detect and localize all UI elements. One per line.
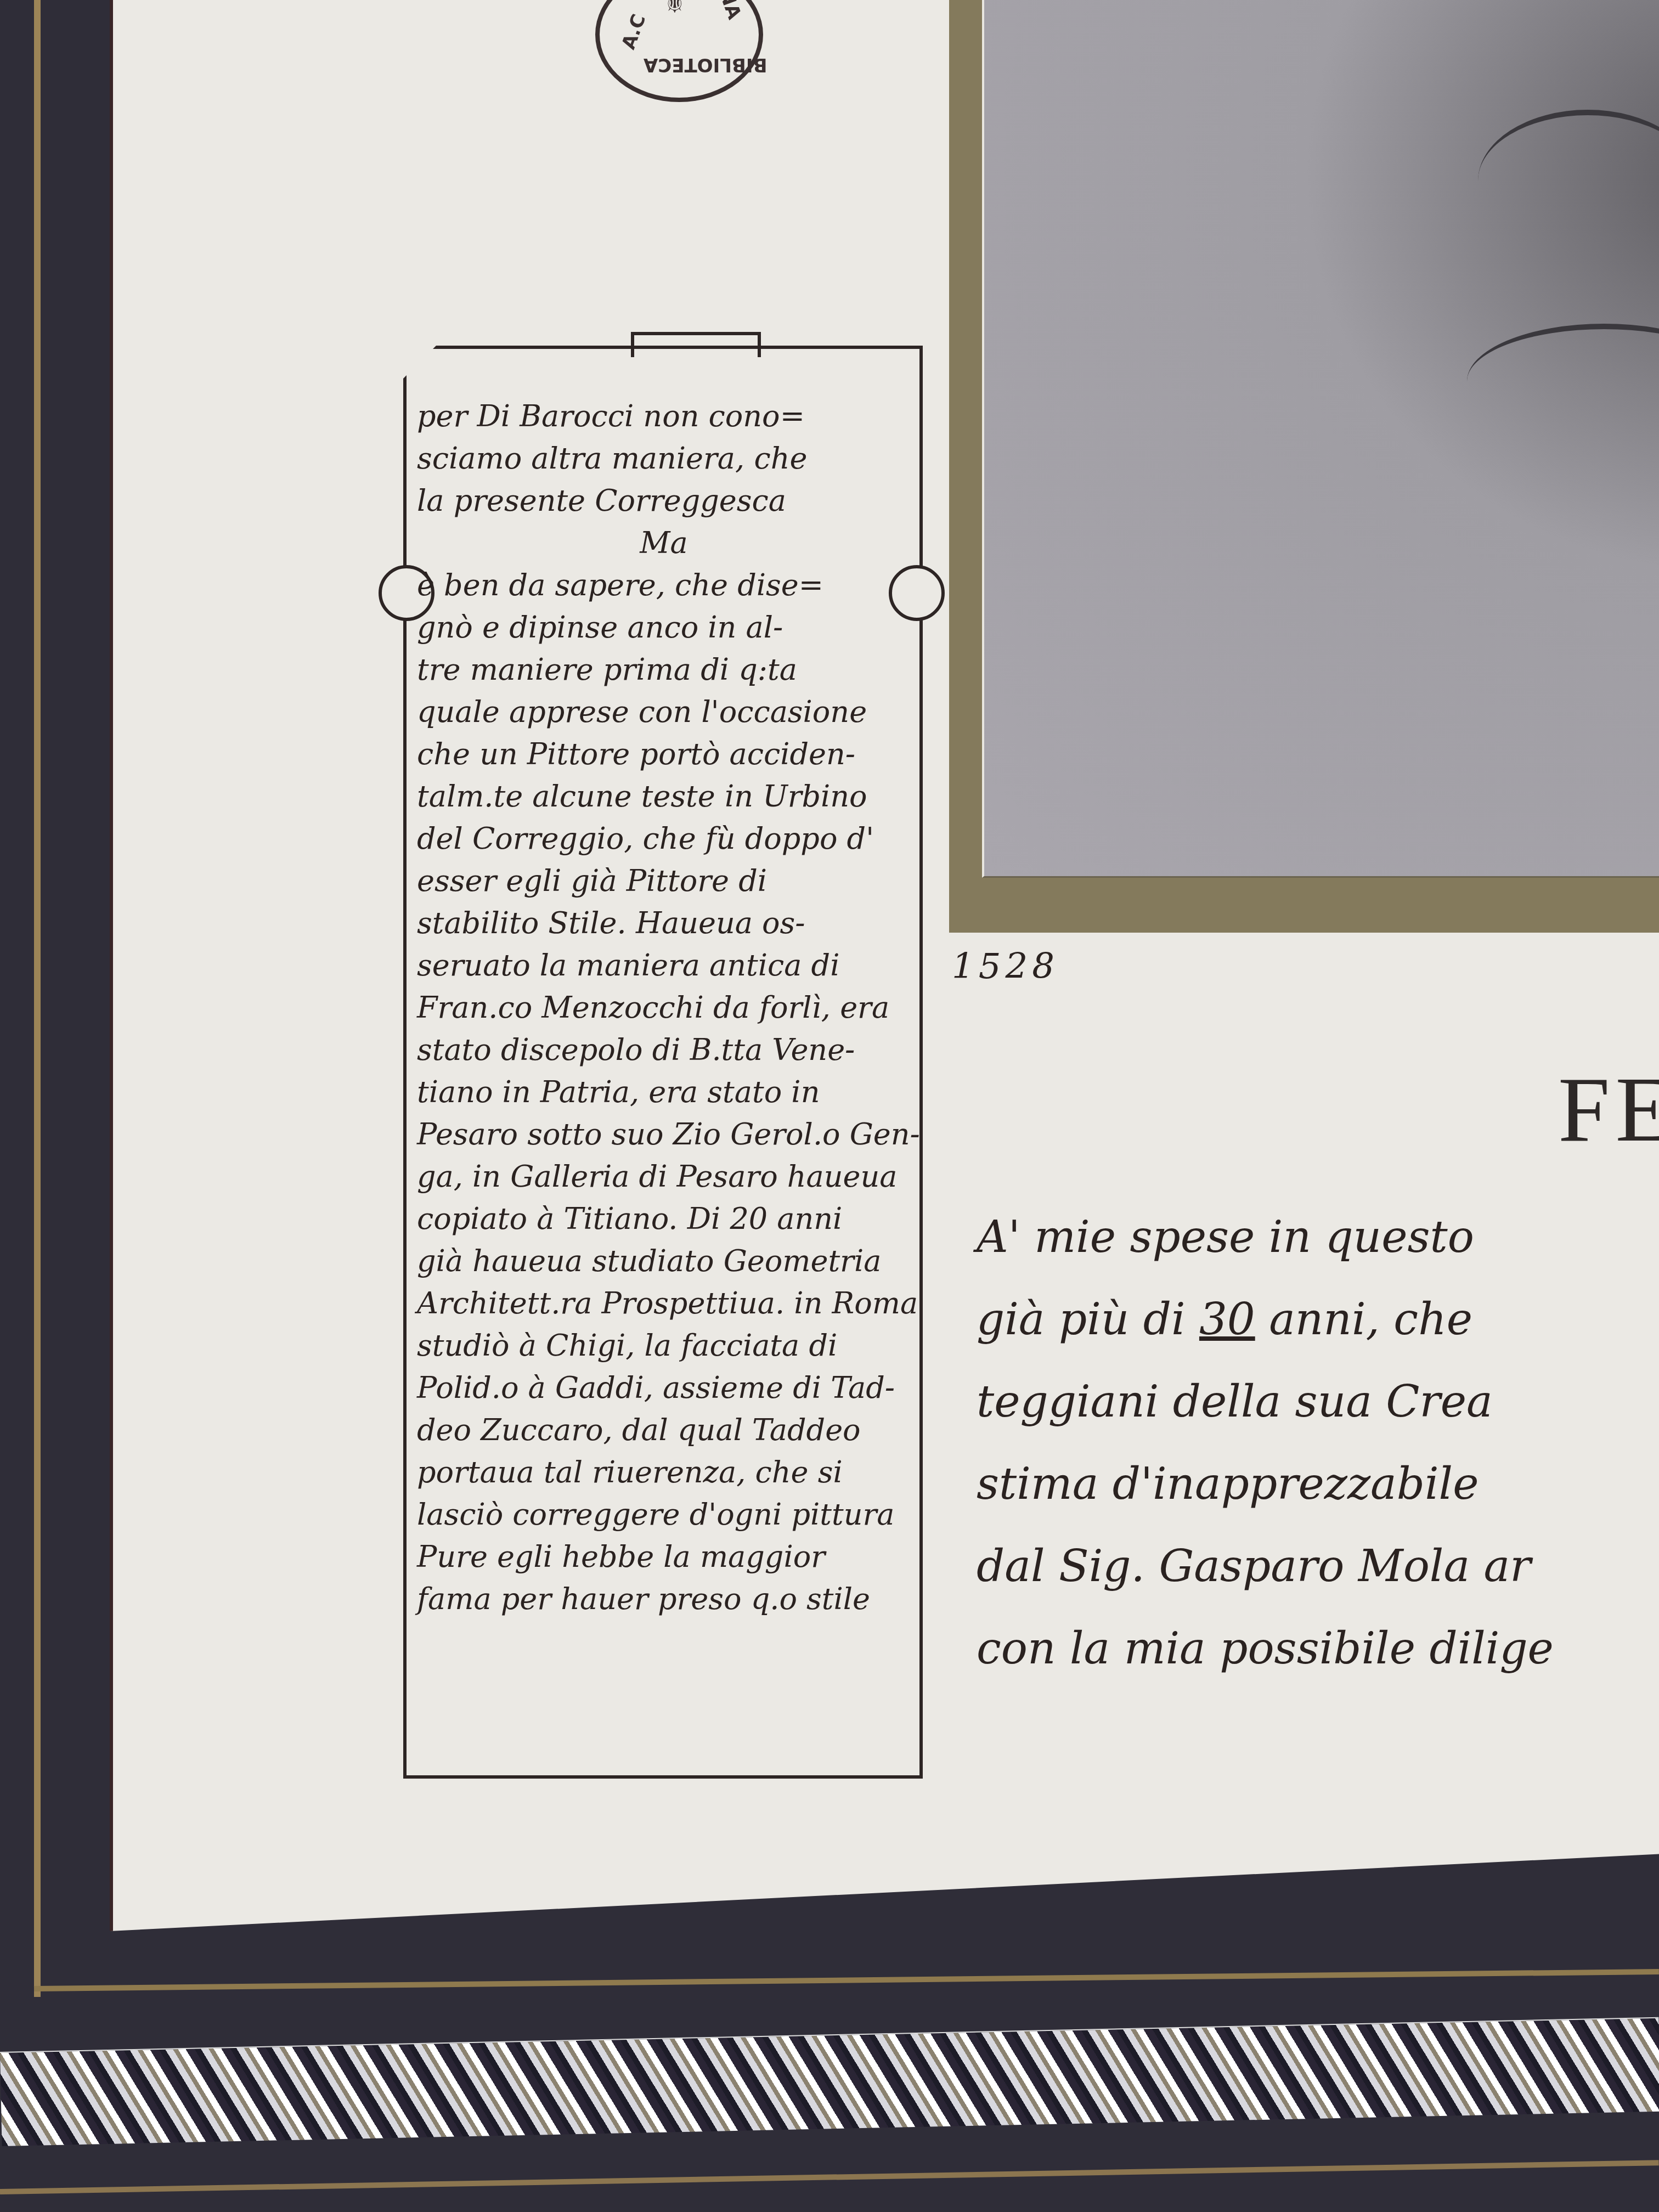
note-line: gnò e dipinse anco in al- [417, 606, 911, 648]
gold-fillet-vertical [34, 0, 41, 1997]
title-heading: FE [1558, 1056, 1659, 1163]
note-line: stato discepolo di B.tta Vene- [417, 1029, 911, 1071]
note-line: tre maniere prima di q:ta [417, 648, 911, 691]
sketch-stroke [1467, 324, 1659, 439]
inscription: A' mie spese in questo già più di 30 ann… [977, 1196, 1554, 1690]
stamp-text-right: NA [714, 0, 745, 22]
note-line: sciamo altra maniera, che [417, 437, 911, 479]
note-line: deo Zuccaro, dal qual Taddeo [417, 1409, 911, 1451]
note-line: Fran.co Menzocchi da forlì, era [417, 986, 911, 1029]
inscription-line: già più di 30 anni, che [977, 1278, 1554, 1361]
note-line: per Di Barocci non cono= [417, 395, 911, 437]
note-line: studiò à Chigi, la facciata di [417, 1324, 911, 1367]
stamp-text-left: A.C [618, 12, 651, 53]
note-line: lasciò correggere d'ogni pittura [417, 1493, 911, 1536]
handwritten-note: per Di Barocci non cono= sciamo altra ma… [417, 395, 911, 1620]
note-line: del Correggio, che fù doppo d' [417, 817, 911, 860]
years-count: 30 [1199, 1294, 1255, 1345]
inscription-line: teggiani della sua Crea [977, 1361, 1554, 1443]
note-line: copiato à Titiano. Di 20 anni [417, 1198, 911, 1240]
note-line: esser egli già Pittore di [417, 860, 911, 902]
note-line: Architett.ra Prospettiua. in Roma [417, 1282, 911, 1324]
note-line: Polid.o à Gaddi, assieme di Tad- [417, 1367, 911, 1409]
note-line: è ben da sapere, che dise= [417, 564, 911, 606]
note-line: la presente Correggesca [417, 479, 911, 522]
inscription-line: A' mie spese in questo [977, 1196, 1554, 1278]
note-line: ga, in Galleria di Pesaro haueua [417, 1155, 911, 1198]
inscription-line: con la mia possibile dilige [977, 1607, 1554, 1690]
drawing-sheet [982, 0, 1659, 878]
inscription-line: stima d'inapprezzabile [977, 1443, 1554, 1525]
sketch-stroke [1478, 110, 1659, 252]
note-line: già haueua studiato Geometria [417, 1240, 911, 1282]
mounted-drawing [949, 0, 1659, 933]
inscription-line: dal Sig. Gasparo Mola ar [977, 1525, 1554, 1607]
note-line: talm.te alcune teste in Urbino [417, 775, 911, 817]
note-line: seruato la maniera antica di [417, 944, 911, 986]
catalog-number: 1528 [952, 946, 1059, 987]
note-line: Pesaro sotto suo Zio Gerol.o Gen- [417, 1113, 911, 1155]
note-line: quale apprese con l'occasione [417, 691, 911, 733]
note-line: che un Pittore portò acciden- [417, 733, 911, 775]
note-line: fama per hauer preso q.o stile [417, 1578, 911, 1620]
note-line: Pure egli hebbe la maggior [417, 1536, 911, 1578]
note-line: stabilito Stile. Haueua os- [417, 902, 911, 944]
stamp-text-bottom: BIBLIOTECA [644, 54, 767, 76]
note-line: Ma [417, 522, 911, 564]
note-line: portaua tal riuerenza, che si [417, 1451, 911, 1493]
coat-of-arms-icon: ⚜ [660, 0, 690, 21]
note-line: tiano in Patria, era stato in [417, 1071, 911, 1113]
